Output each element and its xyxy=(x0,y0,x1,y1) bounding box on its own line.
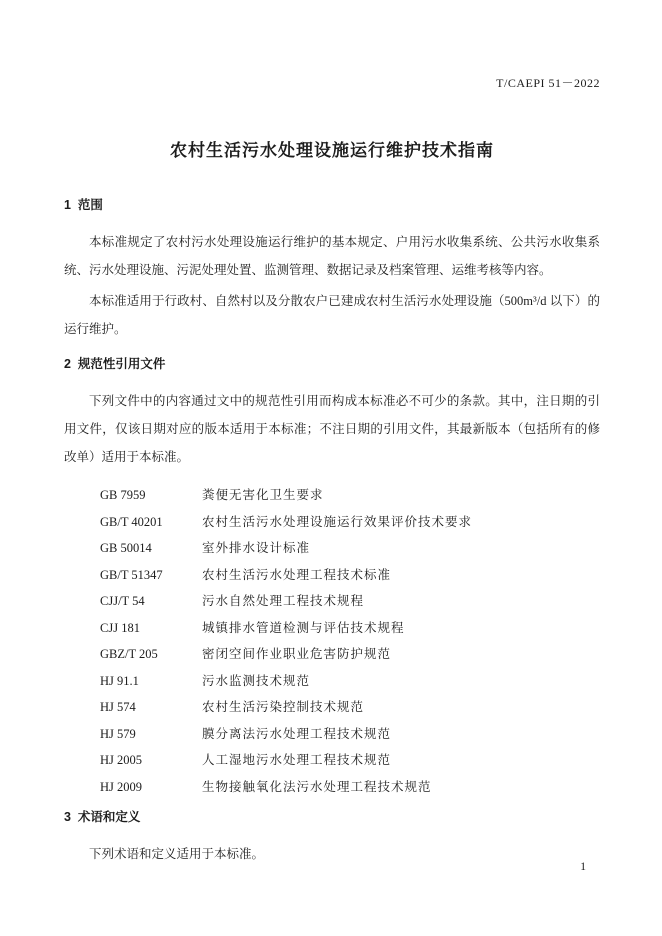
page-number: 1 xyxy=(580,860,586,874)
reference-row: GB 7959 粪便无害化卫生要求 xyxy=(100,482,600,509)
reference-code: HJ 574 xyxy=(100,694,202,721)
reference-title: 农村生活污染控制技术规范 xyxy=(202,694,600,721)
reference-title: 膜分离法污水处理工程技术规范 xyxy=(202,721,600,748)
reference-row: GBZ/T 205 密闭空间作业职业危害防护规范 xyxy=(100,641,600,668)
reference-row: HJ 574 农村生活污染控制技术规范 xyxy=(100,694,600,721)
reference-row: GB/T 51347 农村生活污水处理工程技术标准 xyxy=(100,562,600,589)
reference-title: 污水自然处理工程技术规程 xyxy=(202,588,600,615)
reference-code: GBZ/T 205 xyxy=(100,641,202,668)
reference-title: 人工湿地污水处理工程技术规范 xyxy=(202,747,600,774)
reference-title: 室外排水设计标准 xyxy=(202,535,600,562)
reference-code: CJJ 181 xyxy=(100,615,202,642)
reference-row: HJ 91.1 污水监测技术规范 xyxy=(100,668,600,695)
reference-code: HJ 2009 xyxy=(100,774,202,801)
scope-paragraph-2: 本标准适用于行政村、自然村以及分散农户已建成农村生活污水处理设施（500m³/d… xyxy=(64,287,600,343)
reference-title: 生物接触氧化法污水处理工程技术规范 xyxy=(202,774,600,801)
reference-row: GB/T 40201 农村生活污水处理设施运行效果评价技术要求 xyxy=(100,509,600,536)
reference-row: GB 50014 室外排水设计标准 xyxy=(100,535,600,562)
reference-title: 污水监测技术规范 xyxy=(202,668,600,695)
reference-code: HJ 91.1 xyxy=(100,668,202,695)
scope-paragraph-1: 本标准规定了农村污水处理设施运行维护的基本规定、户用污水收集系统、公共污水收集系… xyxy=(64,228,600,284)
reference-row: CJJ 181 城镇排水管道检测与评估技术规程 xyxy=(100,615,600,642)
references-list: GB 7959 粪便无害化卫生要求 GB/T 40201 农村生活污水处理设施运… xyxy=(100,482,600,800)
reference-code: HJ 579 xyxy=(100,721,202,748)
section-heading-terms: 3 术语和定义 xyxy=(64,809,600,825)
reference-row: CJJ/T 54 污水自然处理工程技术规程 xyxy=(100,588,600,615)
reference-title: 农村生活污水处理工程技术标准 xyxy=(202,562,600,589)
reference-title: 城镇排水管道检测与评估技术规程 xyxy=(202,615,600,642)
document-title: 农村生活污水处理设施运行维护技术指南 xyxy=(64,139,600,163)
reference-code: GB 50014 xyxy=(100,535,202,562)
references-intro-paragraph: 下列文件中的内容通过文中的规范性引用而构成本标准必不可少的条款。其中，注日期的引… xyxy=(64,387,600,471)
reference-code: CJJ/T 54 xyxy=(100,588,202,615)
document-page: T/CAEPI 51－2022 农村生活污水处理设施运行维护技术指南 1 范围 … xyxy=(0,0,662,936)
reference-code: HJ 2005 xyxy=(100,747,202,774)
reference-row: HJ 2009 生物接触氧化法污水处理工程技术规范 xyxy=(100,774,600,801)
reference-title: 密闭空间作业职业危害防护规范 xyxy=(202,641,600,668)
standard-number: T/CAEPI 51－2022 xyxy=(64,76,600,91)
section-heading-scope: 1 范围 xyxy=(64,197,600,213)
reference-code: GB/T 51347 xyxy=(100,562,202,589)
reference-title: 粪便无害化卫生要求 xyxy=(202,482,600,509)
reference-row: HJ 2005 人工湿地污水处理工程技术规范 xyxy=(100,747,600,774)
reference-title: 农村生活污水处理设施运行效果评价技术要求 xyxy=(202,509,600,536)
reference-row: HJ 579 膜分离法污水处理工程技术规范 xyxy=(100,721,600,748)
section-heading-references: 2 规范性引用文件 xyxy=(64,356,600,372)
reference-code: GB/T 40201 xyxy=(100,509,202,536)
reference-code: GB 7959 xyxy=(100,482,202,509)
terms-intro-paragraph: 下列术语和定义适用于本标准。 xyxy=(64,840,600,868)
